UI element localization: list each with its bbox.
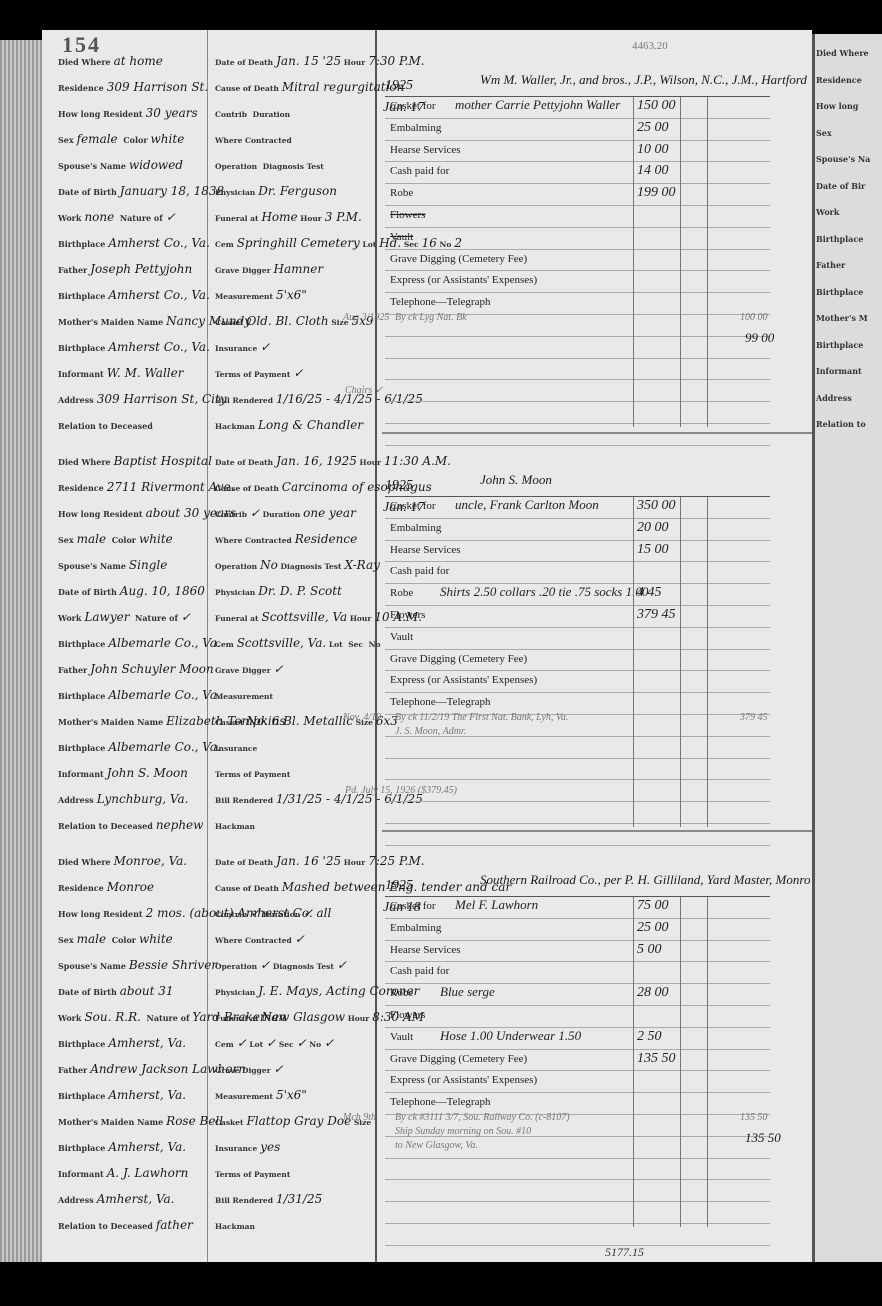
field-label: Informant bbox=[58, 769, 104, 779]
field-label: Physician bbox=[215, 988, 255, 997]
field-value-grave-digger: Hamner bbox=[274, 262, 324, 276]
account-label: Robe bbox=[390, 187, 413, 199]
facing-page-label: Father bbox=[816, 260, 845, 270]
field-value-sex: male bbox=[77, 932, 106, 946]
field-contrib: Contrib✓ Duration✓ bbox=[215, 906, 316, 920]
account-note: uncle, Frank Carlton Moon bbox=[455, 497, 599, 513]
account-label: Express (or Assistants' Expenses) bbox=[390, 1074, 537, 1086]
field-label: Work bbox=[58, 613, 81, 623]
amount-column-line bbox=[633, 97, 634, 427]
account-row-blank bbox=[385, 1159, 770, 1181]
field-value-informant: W. M. Waller bbox=[107, 366, 184, 380]
account-row-casket-for: Casket foruncle, Frank Carlton Moon350 0… bbox=[385, 497, 770, 519]
field-label: Hour bbox=[348, 1014, 370, 1023]
field-value-work: Sou. R.R. bbox=[84, 1010, 141, 1024]
field-cause-of-death: Cause of DeathMashed between Eng. tender… bbox=[215, 880, 514, 894]
field-value-cem: Scottsville, Va. bbox=[237, 636, 327, 650]
field-label: Father bbox=[58, 265, 87, 275]
field-cause-of-death: Cause of DeathMitral regurgitation bbox=[215, 80, 407, 94]
field-value-hour: 7:30 P.M. bbox=[368, 54, 424, 68]
field-value-measurement: 5'x6" bbox=[276, 288, 307, 302]
field-label: Bill Rendered bbox=[215, 396, 273, 405]
field-value-funeral-at: Scottsville, Va bbox=[261, 610, 347, 624]
field-value-spouses-name: Bessie Shriver bbox=[129, 958, 217, 972]
field-label: Sex bbox=[58, 935, 74, 945]
account-row-embalming: Embalming25 00 bbox=[385, 119, 770, 141]
field-hackman: Hackman bbox=[215, 818, 261, 832]
field-label: Bill Rendered bbox=[215, 1196, 273, 1205]
account-label: Telephone—Telegraph bbox=[390, 1096, 490, 1108]
field-contrib: Contrib Duration bbox=[215, 106, 296, 120]
field-label: Relation to Deceased bbox=[58, 1221, 153, 1231]
field-informant: InformantW. M. Waller bbox=[58, 366, 189, 380]
field-value-work: none bbox=[84, 210, 114, 224]
field-value-contrib: ✓ bbox=[250, 906, 260, 920]
field-value-work: Lawyer bbox=[84, 610, 129, 624]
field-label: How long Resident bbox=[58, 909, 143, 919]
account-row-cash-paid-for: Cash paid for bbox=[385, 562, 770, 584]
field-insurance: Insurance✓ bbox=[215, 340, 273, 354]
account-row-hearse-services: Hearse Services5 00 bbox=[385, 941, 770, 963]
field-value-relation-to-deceased: father bbox=[156, 1218, 193, 1232]
field-value-residence: Monroe bbox=[107, 880, 154, 894]
account-row-hearse-services: Hearse Services10 00 bbox=[385, 141, 770, 163]
account-row-blank bbox=[385, 424, 770, 446]
field-value-sex: female bbox=[77, 132, 118, 146]
account-row-flowers: Flowers bbox=[385, 206, 770, 228]
field-label: Mother's Maiden Name bbox=[58, 717, 163, 727]
account-label: Grave Digging (Cemetery Fee) bbox=[390, 1053, 527, 1065]
field-label: Casket bbox=[215, 718, 243, 727]
facing-page-label: Address bbox=[816, 393, 852, 403]
account-row-flowers: Flowers379 45 bbox=[385, 606, 770, 628]
field-label: Measurement bbox=[215, 1092, 273, 1101]
field-mother-birthplace: BirthplaceAmherst Co., Va. bbox=[58, 340, 215, 354]
account-table: Casket formother Carrie Pettyjohn Waller… bbox=[385, 96, 770, 446]
field-value-physician: Dr. D. P. Scott bbox=[258, 584, 342, 598]
account-row-cash-paid-for: Cash paid for bbox=[385, 962, 770, 984]
field-value-mother-birthplace: Albemarle Co., Va. bbox=[108, 740, 220, 754]
field-label: Diagnosis Test bbox=[273, 962, 334, 971]
field-label: Birthplace bbox=[58, 239, 105, 249]
account-amount: 135 50 bbox=[637, 1051, 676, 1067]
amount-column-line bbox=[680, 97, 681, 427]
field-label: Date of Birth bbox=[58, 987, 117, 997]
field-label: Residence bbox=[58, 883, 104, 893]
field-label: Diagnosis Test bbox=[281, 562, 342, 571]
field-label: Sec bbox=[348, 640, 363, 649]
amount-column-line bbox=[707, 497, 708, 827]
field-value-funeral-at: Home bbox=[261, 210, 297, 224]
field-value-residence: 309 Harrison St. bbox=[107, 80, 208, 94]
field-label: Date of Birth bbox=[58, 587, 117, 597]
field-value-where-contracted: ✓ bbox=[295, 932, 305, 946]
field-value-sex: male bbox=[77, 532, 106, 546]
field-label: Died Where bbox=[58, 457, 111, 467]
account-label: Robe bbox=[390, 987, 413, 999]
field-value-duration: one year bbox=[303, 506, 356, 520]
account-row-blank bbox=[385, 737, 770, 759]
facing-page-label: Birthplace bbox=[816, 287, 863, 297]
field-value-date-of-birth: about 31 bbox=[120, 984, 174, 998]
field-label: Hour bbox=[344, 858, 366, 867]
field-value-casket: Flattop Gray Doe bbox=[246, 1114, 351, 1128]
account-label: Hearse Services bbox=[390, 544, 461, 556]
field-died-where: Died WhereBaptist Hospital bbox=[58, 454, 218, 468]
field-label: Hour bbox=[300, 214, 322, 223]
account-label: Hearse Services bbox=[390, 944, 461, 956]
field-how-long-resident: How long Resident30 years bbox=[58, 106, 203, 120]
field-father-birthplace: BirthplaceAmherst, Va. bbox=[58, 1088, 192, 1102]
account-row-blank bbox=[385, 1180, 770, 1202]
field-date-of-death: Date of DeathJan. 16, 1925 Hour11:30 A.M… bbox=[215, 454, 454, 468]
field-spouses-name: Spouse's NameBessie Shriver bbox=[58, 958, 223, 972]
field-spouses-name: Spouse's NameSingle bbox=[58, 558, 173, 572]
field-value-father: Joseph Pettyjohn bbox=[90, 262, 192, 276]
account-row-casket-for: Casket formother Carrie Pettyjohn Waller… bbox=[385, 97, 770, 119]
field-value-died-where: Monroe, Va. bbox=[114, 854, 187, 868]
field-label: Cem bbox=[215, 1040, 234, 1049]
field-sex: Sexfemale Colorwhite bbox=[58, 132, 190, 146]
account-label: Cash paid for bbox=[390, 965, 449, 977]
payment-description: By ck Lyg Nat. Bk bbox=[395, 312, 467, 323]
field-value-bill-rendered: 1/31/25 bbox=[276, 1192, 322, 1206]
field-label: Hour bbox=[360, 458, 382, 467]
field-value-informant: John S. Moon bbox=[107, 766, 188, 780]
field-cem: CemScottsville, Va. Lot Sec No bbox=[215, 636, 386, 650]
field-died-where: Died WhereMonroe, Va. bbox=[58, 854, 193, 868]
account-row-blank bbox=[385, 380, 770, 402]
field-operation: Operation Diagnosis Test bbox=[215, 158, 329, 172]
account-row-grave-digging: Grave Digging (Cemetery Fee) bbox=[385, 250, 770, 272]
account-amount: 10 00 bbox=[637, 142, 669, 158]
field-label: Cem bbox=[215, 240, 234, 249]
amount-column-line bbox=[633, 897, 634, 1227]
account-label: Embalming bbox=[390, 122, 441, 134]
facing-page-label: Spouse's Na bbox=[816, 154, 870, 164]
account-table: Casket forMel F. Lawhorn75 00Embalming25… bbox=[385, 896, 770, 1246]
field-informant: InformantJohn S. Moon bbox=[58, 766, 194, 780]
field-work: Worknone Nature of✓ bbox=[58, 210, 181, 224]
field-date-of-birth: Date of BirthJanuary 18, 1838 bbox=[58, 184, 230, 198]
field-label: Operation bbox=[215, 962, 257, 971]
account-label: Vault bbox=[390, 631, 413, 643]
field-label: Funeral at bbox=[215, 614, 258, 623]
field-value-date-of-birth: January 18, 1838 bbox=[120, 184, 224, 198]
field-value-casket: No. 6 Bl. Metallic bbox=[246, 714, 352, 728]
account-label: Flowers bbox=[390, 209, 425, 221]
account-amount: 75 00 bbox=[637, 898, 669, 914]
field-label: Birthplace bbox=[58, 1091, 105, 1101]
facing-page-label: Work bbox=[816, 207, 839, 217]
account-year: 1925 bbox=[385, 478, 413, 494]
field-label: Nature of bbox=[147, 1013, 190, 1023]
field-label: Casket bbox=[215, 318, 243, 327]
field-measurement: Measurement5'x6" bbox=[215, 288, 309, 302]
field-label: Died Where bbox=[58, 857, 111, 867]
payer-name: Wm M. Waller, Jr., and bros., J.P., Wils… bbox=[480, 72, 810, 88]
facing-page-label: Mother's M bbox=[816, 313, 868, 323]
field-label: Grave Digger bbox=[215, 666, 271, 675]
field-label: Physician bbox=[215, 588, 255, 597]
field-birthplace: BirthplaceAlbemarle Co., Va. bbox=[58, 636, 226, 650]
field-value-operation: No bbox=[260, 558, 278, 572]
account-amount: 25 00 bbox=[637, 920, 669, 936]
account-amount: 379 45 bbox=[637, 607, 676, 623]
field-label: Color bbox=[123, 135, 147, 145]
account-row-cash-paid-for: Cash paid for14 00 bbox=[385, 162, 770, 184]
facing-page-label: Died Where bbox=[816, 48, 869, 58]
facing-page-label: Sex bbox=[816, 128, 832, 138]
account-label: Cash paid for bbox=[390, 565, 449, 577]
field-value-how-long-resident: 30 years bbox=[146, 106, 198, 120]
field-where-contracted: Where Contracted✓ bbox=[215, 932, 307, 946]
field-label: Hour bbox=[344, 58, 366, 67]
field-label: Work bbox=[58, 213, 81, 223]
account-amount: 15 00 bbox=[637, 542, 669, 558]
field-label: Where Contracted bbox=[215, 936, 292, 945]
field-label: Funeral at bbox=[215, 214, 258, 223]
account-row-embalming: Embalming20 00 bbox=[385, 519, 770, 541]
account-extra-note: Pd. July 15, 1926 ($379.45) bbox=[345, 785, 457, 796]
field-father: FatherJohn Schuyler Moon bbox=[58, 662, 219, 676]
account-year: 1925 bbox=[385, 78, 413, 94]
field-label: Hackman bbox=[215, 822, 255, 831]
field-value-spouses-name: Single bbox=[129, 558, 167, 572]
payment-amount: 135 50 bbox=[740, 1112, 768, 1123]
account-amount: 20 00 bbox=[637, 520, 669, 536]
field-value-hour: 11:30 A.M. bbox=[384, 454, 451, 468]
field-sex: Sexmale Colorwhite bbox=[58, 932, 178, 946]
field-label: Terms of Payment bbox=[215, 1170, 290, 1179]
field-label: Insurance bbox=[215, 744, 257, 753]
field-label: Relation to Deceased bbox=[58, 421, 153, 431]
field-label: Sex bbox=[58, 135, 74, 145]
field-hackman: Hackman bbox=[215, 1218, 261, 1232]
field-value-casket: Old. Bl. Cloth bbox=[246, 314, 328, 328]
field-label: Lot bbox=[362, 240, 376, 249]
field-value-cem: Springhill Cemetery bbox=[237, 236, 360, 250]
field-value-nature-of: ✓ bbox=[166, 210, 176, 224]
field-label: Died Where bbox=[58, 57, 111, 67]
field-label: Birthplace bbox=[58, 343, 105, 353]
facing-page-label: How long bbox=[816, 101, 858, 111]
account-row-casket-for: Casket forMel F. Lawhorn75 00 bbox=[385, 897, 770, 919]
account-row-robe: RobeBlue serge28 00 bbox=[385, 984, 770, 1006]
field-value-spouses-name: widowed bbox=[129, 158, 183, 172]
account-amount: 14 00 bbox=[637, 163, 669, 179]
field-father-birthplace: BirthplaceAmherst Co., Va. bbox=[58, 288, 215, 302]
field-date-of-death: Date of DeathJan. 15 '25 Hour7:30 P.M. bbox=[215, 54, 427, 68]
field-address: Address309 Harrison St, City bbox=[58, 392, 232, 406]
field-mother-birthplace: BirthplaceAlbemarle Co., Va. bbox=[58, 740, 226, 754]
field-measurement: Measurement5'x6" bbox=[215, 1088, 309, 1102]
field-operation: OperationNo Diagnosis TestX-Ray bbox=[215, 558, 383, 572]
account-year: 1925 bbox=[385, 878, 413, 894]
field-birthplace: BirthplaceAmherst, Va. bbox=[58, 1036, 192, 1050]
facing-page-label: Birthplace bbox=[816, 340, 863, 350]
facing-page-label: Birthplace bbox=[816, 234, 863, 244]
payment-date: Nov. 4/19 bbox=[343, 712, 381, 723]
field-value-measurement: 5'x6" bbox=[276, 1088, 307, 1102]
payment-amount: 100 00 bbox=[740, 312, 768, 323]
field-label: Residence bbox=[58, 483, 104, 493]
field-cem: Cem✓ Lot✓ Sec✓ No✓ bbox=[215, 1036, 337, 1050]
payment-date: Aug 3/1925 bbox=[343, 312, 389, 323]
field-label: Measurement bbox=[215, 692, 273, 701]
field-label: Birthplace bbox=[58, 291, 105, 301]
field-birthplace: BirthplaceAmherst Co., Va. bbox=[58, 236, 215, 250]
field-label: Terms of Payment bbox=[215, 770, 290, 779]
account-note: Hose 1.00 Underwear 1.50 bbox=[440, 1028, 581, 1044]
field-measurement: Measurement bbox=[215, 688, 279, 702]
amount-column-line bbox=[680, 897, 681, 1227]
account-row-blank bbox=[385, 337, 770, 359]
field-label: Cause of Death bbox=[215, 884, 279, 893]
field-label: Duration bbox=[253, 110, 291, 119]
field-value-where-contracted: Residence bbox=[295, 532, 357, 546]
field-value-date-of-death: Jan. 16, 1925 bbox=[276, 454, 357, 468]
account-label: Vault bbox=[390, 231, 413, 243]
field-mothers-maiden-name: Mother's Maiden NameRose Bell bbox=[58, 1114, 229, 1128]
account-label: Flowers bbox=[390, 1009, 425, 1021]
page-edges bbox=[0, 40, 44, 1306]
field-value-hour: 7:25 P.M. bbox=[368, 854, 424, 868]
field-label: Casket bbox=[215, 1118, 243, 1127]
field-value-informant: A. J. Lawhorn bbox=[107, 1166, 189, 1180]
field-value-funeral-at: New Glasgow bbox=[261, 1010, 345, 1024]
field-value-address: Amherst, Va. bbox=[97, 1192, 175, 1206]
field-label: Hackman bbox=[215, 1222, 255, 1231]
field-value-physician: Dr. Ferguson bbox=[258, 184, 337, 198]
field-label: Physician bbox=[215, 188, 255, 197]
field-label: Grave Digger bbox=[215, 266, 271, 275]
field-value-diagnosis-test: ✓ bbox=[337, 958, 347, 972]
field-label: Birthplace bbox=[58, 691, 105, 701]
account-row-blank bbox=[385, 359, 770, 381]
field-spouses-name: Spouse's Namewidowed bbox=[58, 158, 189, 172]
field-value-hackman: Long & Chandler bbox=[258, 418, 363, 432]
field-residence: Residence309 Harrison St. bbox=[58, 80, 214, 94]
field-label: Duration bbox=[263, 510, 301, 519]
field-value-cem: ✓ bbox=[237, 1036, 247, 1050]
field-insurance: Insurance bbox=[215, 740, 263, 754]
field-label: Sex bbox=[58, 535, 74, 545]
field-residence: Residence2711 Rivermont Ave. bbox=[58, 480, 240, 494]
background bbox=[0, 1262, 882, 1306]
field-informant: InformantA. J. Lawhorn bbox=[58, 1166, 194, 1180]
field-funeral-at: Funeral atHome Hour3 P.M. bbox=[215, 210, 364, 224]
field-value-relation-to-deceased: nephew bbox=[156, 818, 204, 832]
account-amount: 150 00 bbox=[637, 98, 676, 114]
field-label: Operation bbox=[215, 162, 257, 171]
account-label: Grave Digging (Cemetery Fee) bbox=[390, 253, 527, 265]
field-label: Mother's Maiden Name bbox=[58, 1117, 163, 1127]
field-value-father-birthplace: Amherst, Va. bbox=[108, 1088, 186, 1102]
payment-description-3: to New Glasgow, Va. bbox=[395, 1140, 478, 1151]
field-value-no: ✓ bbox=[324, 1036, 334, 1050]
account-amount: 4 45 bbox=[637, 585, 662, 601]
amount-column-line bbox=[680, 497, 681, 827]
field-label: Where Contracted bbox=[215, 536, 292, 545]
field-value-color: white bbox=[151, 132, 185, 146]
field-relation-to-deceased: Relation to Deceasedfather bbox=[58, 1218, 198, 1232]
field-father: FatherJoseph Pettyjohn bbox=[58, 262, 198, 276]
field-label: Address bbox=[58, 1195, 94, 1205]
field-label: Address bbox=[58, 795, 94, 805]
column-divider bbox=[375, 30, 377, 1280]
field-value-color: white bbox=[139, 932, 173, 946]
field-contrib: Contrib✓ Durationone year bbox=[215, 506, 358, 520]
account-row-embalming: Embalming25 00 bbox=[385, 919, 770, 941]
field-label: Father bbox=[58, 665, 87, 675]
field-label: Birthplace bbox=[58, 1039, 105, 1049]
account-label: Telephone—Telegraph bbox=[390, 696, 490, 708]
field-label: Relation to Deceased bbox=[58, 821, 153, 831]
field-label: Address bbox=[58, 395, 94, 405]
facing-page-label: Informant bbox=[816, 366, 862, 376]
account-label: Vault bbox=[390, 1031, 413, 1043]
field-label: Work bbox=[58, 1013, 81, 1023]
field-grave-digger: Grave DiggerHamner bbox=[215, 262, 326, 276]
field-value-insurance: ✓ bbox=[260, 340, 270, 354]
account-row-blank bbox=[385, 824, 770, 846]
account-row-vault: Vault bbox=[385, 628, 770, 650]
field-label: Color bbox=[112, 935, 136, 945]
field-where-contracted: Where Contracted bbox=[215, 132, 297, 146]
field-label: Sec bbox=[279, 1040, 294, 1049]
top-stamp: 4463.20 bbox=[632, 40, 668, 52]
account-row-blank bbox=[385, 402, 770, 424]
field-date-of-birth: Date of Birthabout 31 bbox=[58, 984, 179, 998]
account-amount: 199 00 bbox=[637, 185, 676, 201]
field-terms-of-payment: Terms of Payment bbox=[215, 1166, 296, 1180]
field-address: AddressLynchburg, Va. bbox=[58, 792, 194, 806]
field-value-insurance: yes bbox=[260, 1140, 280, 1154]
account-row-blank bbox=[385, 1202, 770, 1224]
account-row-blank bbox=[385, 802, 770, 824]
field-label: Date of Death bbox=[215, 858, 273, 867]
field-work: WorkLawyer Nature of✓ bbox=[58, 610, 197, 624]
account-label: Embalming bbox=[390, 522, 441, 534]
field-label: Informant bbox=[58, 369, 104, 379]
field-value-operation: ✓ bbox=[260, 958, 270, 972]
field-label: Measurement bbox=[215, 292, 273, 301]
field-value-duration: ✓ bbox=[303, 906, 313, 920]
column-divider bbox=[207, 30, 208, 1280]
field-label: Funeral at bbox=[215, 1014, 258, 1023]
field-label: Birthplace bbox=[58, 1143, 105, 1153]
field-residence: ResidenceMonroe bbox=[58, 880, 160, 894]
field-label: Mother's Maiden Name bbox=[58, 317, 163, 327]
field-value-grave-digger: ✓ bbox=[274, 1062, 284, 1076]
field-father-birthplace: BirthplaceAlbemarle Co., Va. bbox=[58, 688, 226, 702]
account-row-robe: RobeShirts 2.50 collars .20 tie .75 sock… bbox=[385, 584, 770, 606]
field-label: Insurance bbox=[215, 1144, 257, 1153]
field-value-address: Lynchburg, Va. bbox=[97, 792, 189, 806]
field-value-grave-digger: ✓ bbox=[274, 662, 284, 676]
field-label: How long Resident bbox=[58, 509, 143, 519]
field-died-where: Died Whereat home bbox=[58, 54, 168, 68]
field-terms-of-payment: Terms of Payment✓ bbox=[215, 366, 306, 380]
account-row-grave-digging: Grave Digging (Cemetery Fee)135 50 bbox=[385, 1050, 770, 1072]
account-label: Hearse Services bbox=[390, 144, 461, 156]
account-note: Blue serge bbox=[440, 984, 495, 1000]
field-value-terms-of-payment: ✓ bbox=[293, 366, 303, 380]
field-where-contracted: Where ContractedResidence bbox=[215, 532, 360, 546]
account-amount: 28 00 bbox=[637, 985, 669, 1001]
field-label: Spouse's Name bbox=[58, 561, 126, 571]
